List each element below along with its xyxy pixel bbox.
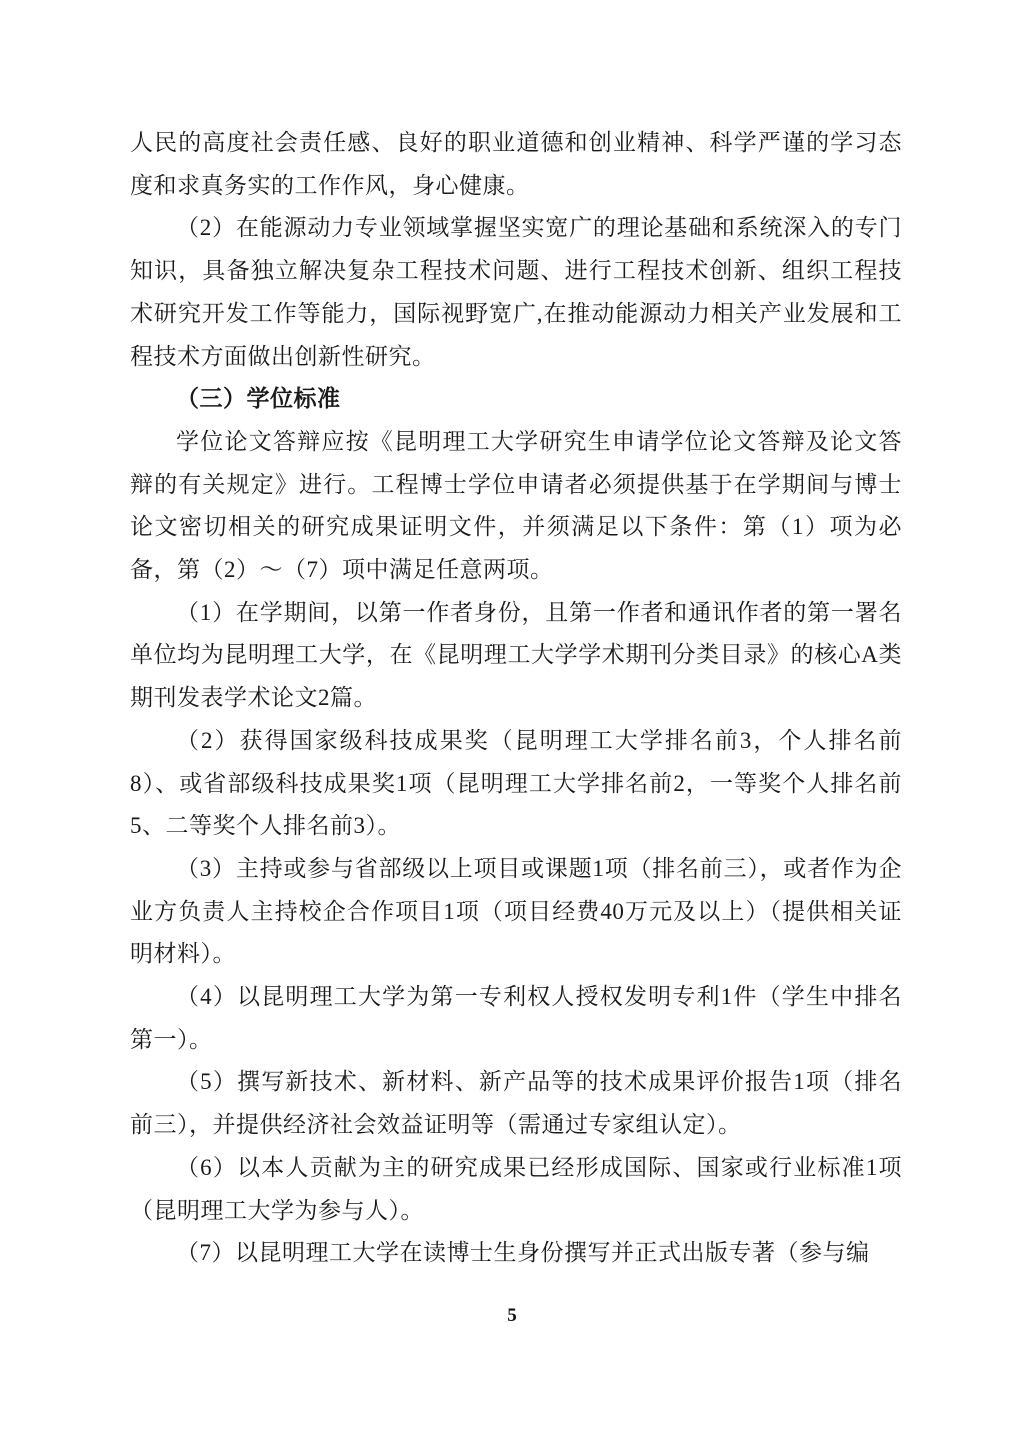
page-number: 5 [0,1305,1024,1327]
paragraph-knowledge-requirement: （2）在能源动力专业领域掌握坚实宽广的理论基础和系统深入的专门知识，具备独立解决… [130,207,902,378]
requirement-item-3: （3）主持或参与省部级以上项目或课题1项（排名前三），或者作为企业方负责人主持校… [130,848,902,976]
requirement-item-2: （2）获得国家级科技成果奖（昆明理工大学排名前3，个人排名前8）、或省部级科技成… [130,720,902,848]
paragraph-thesis-defense-intro: 学位论文答辩应按《昆明理工大学研究生申请学位论文答辩及论文答辩的有关规定》进行。… [130,421,902,592]
requirement-item-1: （1）在学期间，以第一作者身份，且第一作者和通讯作者的第一署名单位均为昆明理工大… [130,592,902,720]
document-body: 人民的高度社会责任感、良好的职业道德和创业精神、科学严谨的学习态度和求真务实的工… [130,122,902,1275]
requirement-item-6: （6）以本人贡献为主的研究成果已经形成国际、国家或行业标准1项（昆明理工大学为参… [130,1147,902,1232]
section-heading-degree-standard: （三）学位标准 [130,378,902,421]
requirement-item-7-partial: （7）以昆明理工大学在读博士生身份撰写并正式出版专著（参与编 [130,1232,902,1275]
requirement-item-4: （4）以昆明理工大学为第一专利权人授权发明专利1件（学生中排名第一）。 [130,976,902,1061]
document-page: 人民的高度社会责任感、良好的职业道德和创业精神、科学严谨的学习态度和求真务实的工… [0,0,1024,1447]
paragraph-training-quality-continuation: 人民的高度社会责任感、良好的职业道德和创业精神、科学严谨的学习态度和求真务实的工… [130,122,902,207]
requirement-item-5: （5）撰写新技术、新材料、新产品等的技术成果评价报告1项（排名前三），并提供经济… [130,1061,902,1146]
